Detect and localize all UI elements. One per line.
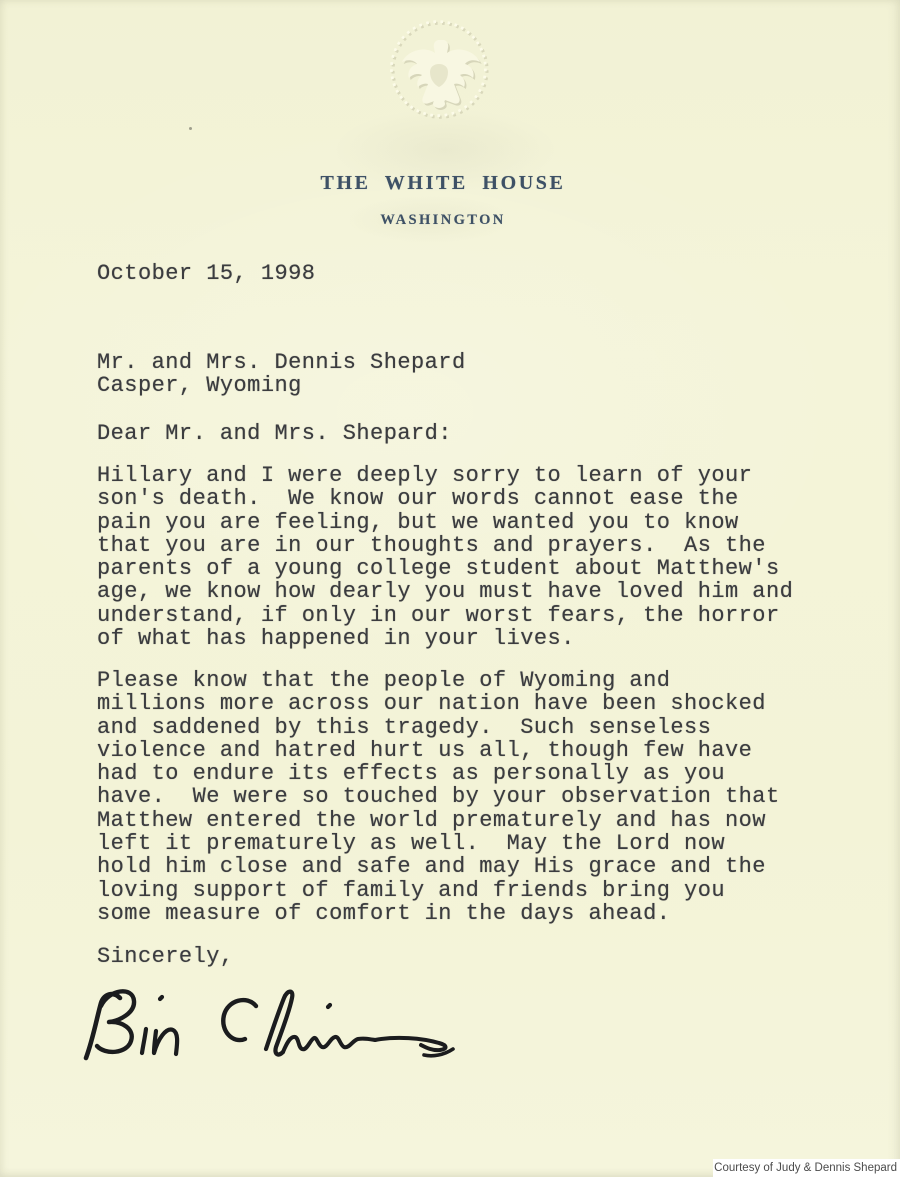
body-paragraph: Please know that the people of Wyoming a…	[97, 669, 780, 925]
letter-date: October 15, 1998	[97, 262, 315, 285]
presidential-seal-embossed-icon	[383, 12, 495, 126]
letterhead-subtitle: WASHINGTON	[0, 212, 886, 229]
recipient-address: Mr. and Mrs. Dennis Shepard Casper, Wyom…	[97, 351, 466, 398]
body-paragraph: Hillary and I were deeply sorry to learn…	[97, 464, 793, 650]
scanned-letter: THE WHITE HOUSE WASHINGTON October 15, 1…	[0, 0, 900, 1177]
bill-clinton-signature	[76, 977, 471, 1072]
closing: Sincerely,	[97, 945, 234, 968]
photo-credit-text: Courtesy of Judy & Dennis Shepard	[714, 1162, 897, 1174]
scan-speck	[189, 127, 192, 130]
letterhead-title: THE WHITE HOUSE	[0, 172, 886, 195]
letterhead: THE WHITE HOUSE WASHINGTON	[0, 172, 886, 229]
salutation: Dear Mr. and Mrs. Shepard:	[97, 422, 452, 445]
photo-credit-strip: Courtesy of Judy & Dennis Shepard	[713, 1159, 900, 1177]
